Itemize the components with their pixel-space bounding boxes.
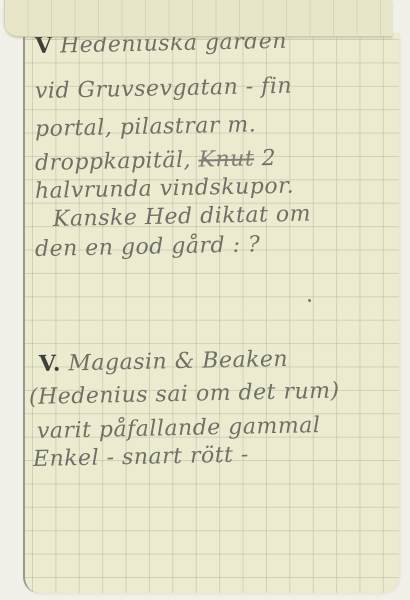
margin-mark: 2: [261, 146, 276, 171]
entry-1-line-6: Kanske Hed diktat om: [53, 202, 311, 232]
entry-1-line-3: portal, pilastrar m.: [35, 112, 257, 142]
entry-2-line-4: Enkel - snart rött -: [33, 442, 249, 472]
entry-2-line-2: (Hedenius sai om det rum): [29, 378, 340, 410]
entry-1-line-7: den en god gård : ?: [35, 232, 261, 262]
entry-2-line-3: varit påfallande gammal: [37, 413, 321, 444]
entry-1-line-2: vid Gruvsevgatan - fin: [35, 74, 293, 104]
struck-word: Knut: [198, 146, 254, 172]
entry-2-line-1: V. Magasin & Beaken: [39, 346, 289, 377]
notebook-page: V Hedeniuska gården vid Gruvsevgatan - f…: [23, 33, 399, 593]
entry-1-line-5: halvrunda vindskupor.: [35, 174, 295, 204]
folded-top-flap: [4, 0, 392, 37]
check-mark: V.: [39, 351, 61, 377]
entry-1-line-4: droppkapitäl, Knut 2: [35, 146, 277, 176]
pencil-dot: [308, 299, 311, 302]
